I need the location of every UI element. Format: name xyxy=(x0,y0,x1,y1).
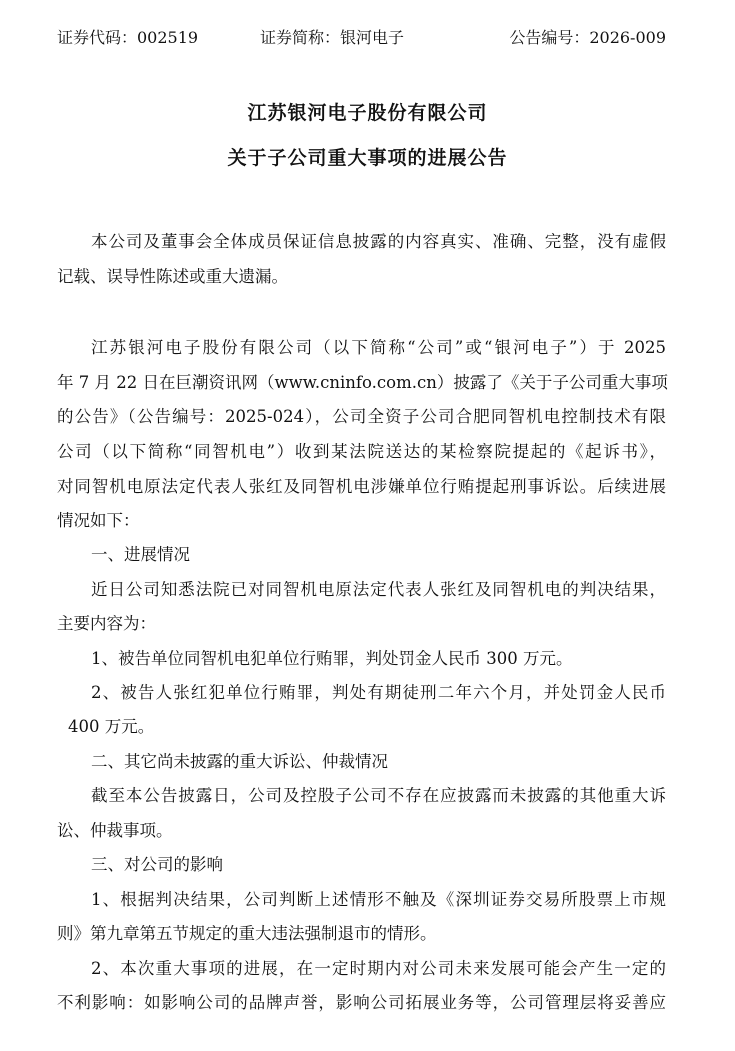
statement-line: 记载、误导性陈述或重大遗漏。 xyxy=(57,265,666,289)
impact-item-1-cont: 则》第九章第五节规定的重大违法强制退市的情形。 xyxy=(57,922,666,946)
intro-line: 的公告》（公告编号：2025-024），公司全资子公司合肥同智机电控制技术有限 xyxy=(57,405,666,429)
section-heading-other-litigation: 二、其它尚未披露的重大诉讼、仲裁情况 xyxy=(57,750,666,774)
impact-item-2-cont: 不利影响：如影响公司的品牌声誉，影响公司拓展业务等，公司管理层将妥善应 xyxy=(57,991,666,1015)
section2-text-line: 讼、仲裁事项。 xyxy=(57,819,666,843)
intro-line: 江苏银河电子股份有限公司（以下简称“公司”或“银河电子”）于 2025 xyxy=(57,336,666,360)
statement-line: 本公司及董事会全体成员保证信息披露的内容真实、准确、完整，没有虚假 xyxy=(57,230,666,254)
stock-abbreviation: 证券简称：银河电子 xyxy=(260,27,404,49)
company-title: 江苏银河电子股份有限公司 xyxy=(0,100,735,126)
intro-line: 年 7 月 22 日在巨潮资讯网（www.cninfo.com.cn）披露了《关… xyxy=(57,371,666,395)
verdict-item-2-cont: 400 万元。 xyxy=(57,715,666,739)
intro-line: 对同智机电原法定代表人张红及同智机电涉嫌单位行贿提起刑事诉讼。后续进展 xyxy=(57,475,666,499)
announcement-title: 关于子公司重大事项的进展公告 xyxy=(0,145,735,171)
intro-line: 公司（以下简称“同智机电”）收到某法院送达的某检察院提起的《起诉书》， xyxy=(57,440,666,464)
section1-text-line: 近日公司知悉法院已对同智机电原法定代表人张红及同智机电的判决结果， xyxy=(57,578,666,602)
impact-item-1: 1、根据判决结果，公司判断上述情形不触及《深圳证券交易所股票上市规 xyxy=(57,888,666,912)
verdict-item-1: 1、被告单位同智机电犯单位行贿罪，判处罚金人民币 300 万元。 xyxy=(57,647,666,671)
verdict-item-2: 2、被告人张红犯单位行贿罪，判处有期徒刑二年六个月，并处罚金人民币 xyxy=(57,681,666,705)
section-heading-impact: 三、对公司的影响 xyxy=(57,853,666,877)
stock-code: 证券代码：002519 xyxy=(57,27,198,49)
intro-line: 情况如下： xyxy=(57,509,666,533)
announcement-number: 公告编号：2026-009 xyxy=(509,27,666,49)
document-header: 证券代码：002519 证券简称：银河电子 公告编号：2026-009 xyxy=(57,27,666,49)
section1-text-line: 主要内容为： xyxy=(57,612,666,636)
section-heading-progress: 一、进展情况 xyxy=(57,543,666,567)
section2-text-line: 截至本公告披露日，公司及控股子公司不存在应披露而未披露的其他重大诉 xyxy=(57,784,666,808)
impact-item-2: 2、本次重大事项的进展，在一定时期内对公司未来发展可能会产生一定的 xyxy=(57,957,666,981)
announcement-page: 证券代码：002519 证券简称：银河电子 公告编号：2026-009 江苏银河… xyxy=(0,0,735,1051)
